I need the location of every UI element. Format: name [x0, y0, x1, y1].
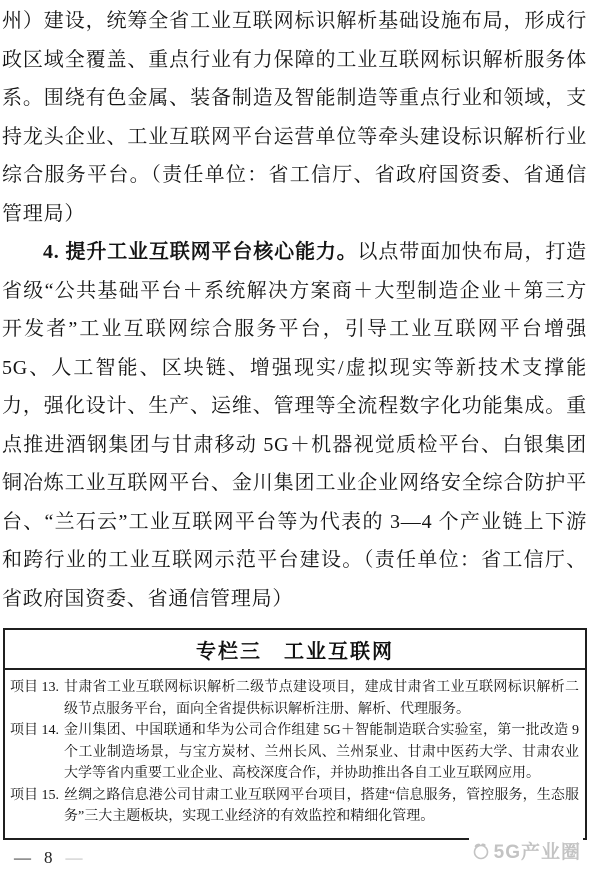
box-item-list: 项目 13. 甘肃省工业互联网标识解析二级节点建设项目，建成甘肃省工业互联网标识…: [5, 670, 585, 838]
paragraph-item-4-body: 以点带面加快布局，打造省级“公共基础平台＋系统解决方案商＋大型制造企业＋第三方开…: [2, 241, 587, 610]
project-15-text: 丝绸之路信息港公司甘肃工业互联网平台项目，搭建“信息服务，管控服务，生态服务”三…: [62, 785, 579, 828]
list-item: 项目 13. 甘肃省工业互联网标识解析二级节点建设项目，建成甘肃省工业互联网标识…: [10, 677, 579, 720]
project-13-label: 项目 13.: [10, 677, 62, 720]
box-title: 专栏三 工业互联网: [5, 630, 585, 670]
paragraph-item-4: 4. 提升工业互联网平台核心能力。以点带面加快布局，打造省级“公共基础平台＋系统…: [2, 233, 587, 618]
project-column-box: 专栏三 工业互联网 项目 13. 甘肃省工业互联网标识解析二级节点建设项目，建成…: [3, 628, 587, 840]
page-number: — 8 —: [14, 848, 83, 868]
list-item: 项目 14. 金川集团、中国联通和华为公司合作组建 5G＋智能制造联合实验室，第…: [10, 720, 579, 785]
watermark-text: 5G产业圈: [494, 837, 581, 864]
paragraph-continuation: 州）建设，统筹全省工业互联网标识解析基础设施布局，形成行政区域全覆盖、重点行业有…: [2, 2, 587, 233]
project-13-text: 甘肃省工业互联网标识解析二级节点建设项目，建成甘肃省工业互联网标识解析二级节点服…: [62, 677, 579, 720]
document-page: 州）建设，统筹全省工业互联网标识解析基础设施布局，形成行政区域全覆盖、重点行业有…: [0, 0, 590, 875]
body-text: 州）建设，统筹全省工业互联网标识解析基础设施布局，形成行政区域全覆盖、重点行业有…: [0, 0, 590, 618]
page-number-dash-right: —: [66, 848, 83, 868]
list-item: 项目 15. 丝绸之路信息港公司甘肃工业互联网平台项目，搭建“信息服务，管控服务…: [10, 785, 579, 828]
globe-icon: [471, 841, 491, 861]
project-14-label: 项目 14.: [10, 720, 62, 785]
project-14-text: 金川集团、中国联通和华为公司合作组建 5G＋智能制造联合实验室，第一批改造 9 …: [62, 720, 579, 785]
paragraph-item-4-heading: 4. 提升工业互联网平台核心能力。: [43, 241, 358, 263]
page-number-value: 8: [44, 848, 53, 868]
watermark: 5G产业圈: [469, 836, 583, 865]
page-number-dash-left: —: [14, 848, 31, 868]
project-15-label: 项目 15.: [10, 785, 62, 828]
